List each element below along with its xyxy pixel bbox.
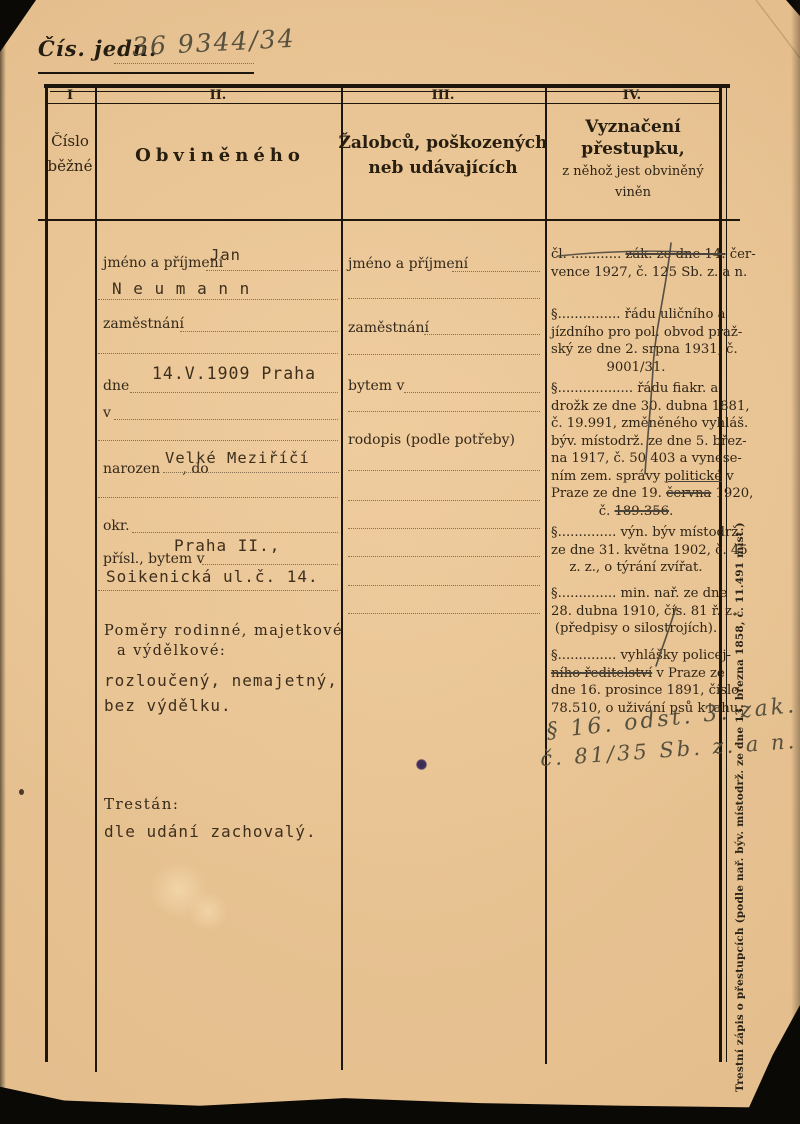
accused-last-name: N e u m a n n bbox=[112, 279, 250, 298]
dotted-line bbox=[98, 353, 338, 354]
offense-text-line: vence 1927, č. 125 Sb. z. a n. bbox=[551, 264, 721, 282]
numeral-row-line bbox=[45, 103, 722, 104]
dotted-line bbox=[98, 590, 338, 591]
offense-text-line: Praze ze dne 19. června 1920, bbox=[551, 485, 721, 503]
table-border-right-inner bbox=[726, 88, 727, 1062]
dotted-line bbox=[348, 613, 540, 614]
offense-entry-3: §.................. řádu fiakr. a drožk … bbox=[551, 380, 721, 520]
column3-numeral: III. bbox=[432, 88, 455, 103]
accused-family-label-line1: Poměry rodinné, majetkové bbox=[104, 623, 343, 639]
dotted-line bbox=[202, 564, 338, 565]
offense-entry-5: §.............. min. nař. ze dne 28. dub… bbox=[551, 585, 721, 638]
offense-text-line: 9001/31. bbox=[551, 359, 721, 377]
ink-dot bbox=[416, 759, 427, 770]
dotted-line bbox=[98, 497, 338, 498]
dotted-line bbox=[424, 334, 540, 335]
dotted-line bbox=[206, 270, 338, 271]
vertical-form-caption: Trestní zápis o přestupcích (podle nař. … bbox=[734, 522, 746, 1092]
dotted-line bbox=[132, 532, 338, 533]
column4-numeral: IV. bbox=[623, 88, 641, 103]
scan-edge-bottom bbox=[0, 1086, 800, 1124]
offense-text-line: dne 16. prosince 1891, číslo bbox=[551, 682, 721, 700]
accused-family-label-line2: a výdělkové: bbox=[117, 643, 226, 659]
plaintiff-occupation-label: zaměstnání bbox=[348, 320, 429, 336]
ink-speck bbox=[19, 789, 24, 795]
accused-in-label: v bbox=[103, 405, 111, 421]
scan-edge-right bbox=[791, 0, 800, 1124]
dotted-line bbox=[452, 271, 540, 272]
table-border-top-inner bbox=[50, 91, 722, 92]
file-number-handwritten: 36 9344/34 bbox=[131, 24, 296, 62]
column-divider-2 bbox=[341, 84, 343, 1070]
column4-header-line1: Vyznačení bbox=[585, 117, 680, 137]
offense-text-line: §.............. min. nař. ze dne bbox=[551, 585, 721, 603]
dotted-line bbox=[114, 419, 338, 420]
dotted-line bbox=[130, 392, 338, 393]
dotted-line bbox=[163, 472, 339, 473]
accused-residence-label: přísl., bytem v bbox=[103, 551, 205, 567]
dotted-line bbox=[98, 299, 338, 300]
dotted-line bbox=[348, 411, 540, 412]
offense-text-line: §............... řádu uličního a bbox=[551, 306, 721, 324]
offense-text-line: č. 189.356. bbox=[551, 503, 721, 521]
accused-district-label: okr. bbox=[103, 518, 130, 534]
offense-text-line: §.................. řádu fiakr. a bbox=[551, 380, 721, 398]
offense-text-line: býv. místodrž. ze dne 5. břez- bbox=[551, 433, 721, 451]
paper-stain bbox=[188, 892, 228, 930]
column1-header-line1: Číslo bbox=[51, 132, 89, 150]
column4-header-sub1: z něhož jest obviněný bbox=[562, 164, 703, 179]
dotted-line bbox=[348, 354, 540, 355]
accused-residence-street: Soikenická ul.č. 14. bbox=[106, 567, 319, 586]
accused-punished-label: Trestán: bbox=[104, 795, 179, 813]
column-divider-3 bbox=[545, 84, 547, 1064]
column2-numeral: II. bbox=[210, 88, 227, 103]
offense-text-line: §.............. vyhlášky policej- bbox=[551, 647, 721, 665]
file-number-underline bbox=[38, 72, 254, 74]
offense-text-line: drožk ze dne 30. dubna 1881, bbox=[551, 398, 721, 416]
column4-header-line2: přestupku, bbox=[581, 139, 684, 159]
offense-text-line: ze dne 31. května 1902, č. 45 bbox=[551, 542, 721, 560]
plaintiff-genealogy-label: rodopis (podle potřeby) bbox=[348, 432, 515, 448]
offense-text-line: §.............. výn. býv místodrž. bbox=[551, 524, 721, 542]
dotted-line bbox=[348, 528, 540, 529]
scanned-form-page: Čís. jedn. 36 9344/34 I II. III. IV. Čís… bbox=[0, 0, 800, 1124]
accused-birth-date: 14.V.1909 Praha bbox=[152, 364, 316, 383]
offense-text-line: (předpisy o silostrojích). bbox=[551, 620, 721, 638]
accused-date-label: dne bbox=[103, 378, 129, 394]
offense-text-line: č. 19.991, změněného vyhláš. bbox=[551, 415, 721, 433]
column2-header: Obviněného bbox=[135, 145, 305, 166]
offense-text-line: na 1917, č. 50 403 a vynese- bbox=[551, 450, 721, 468]
column3-header-line2: neb udávajících bbox=[368, 158, 517, 178]
offense-text-line: z. z., o týrání zvířat. bbox=[551, 559, 721, 577]
dotted-line bbox=[348, 500, 540, 501]
offense-entry-2: §............... řádu uličního a jízdníh… bbox=[551, 306, 721, 376]
dotted-line bbox=[348, 585, 540, 586]
dotted-line bbox=[348, 470, 540, 471]
dotted-line bbox=[114, 63, 254, 64]
offense-entry-1: čl. ............ zák. ze dne 14. čer- ve… bbox=[551, 246, 721, 281]
dotted-line bbox=[98, 440, 338, 441]
accused-family-value-line1: rozloučený, nemajetný, bbox=[104, 671, 338, 690]
column1-header-line2: běžné bbox=[48, 157, 93, 175]
header-separator-line bbox=[38, 219, 740, 221]
table-border-left bbox=[45, 84, 48, 1062]
dotted-line bbox=[180, 331, 338, 332]
accused-occupation-label: zaměstnání bbox=[103, 316, 184, 332]
column1-numeral: I bbox=[67, 88, 73, 103]
dotted-line bbox=[348, 298, 540, 299]
offense-text-line: ním zem. správy politické v bbox=[551, 468, 721, 486]
accused-family-value-line2: bez výdělku. bbox=[104, 696, 232, 715]
offense-entry-4: §.............. výn. býv místodrž. ze dn… bbox=[551, 524, 721, 577]
offense-text-line: ního ředitelství v Praze ze bbox=[551, 665, 721, 683]
dotted-line bbox=[348, 556, 540, 557]
paper-stain bbox=[150, 862, 208, 918]
column4-header-sub2: viněn bbox=[615, 185, 651, 200]
accused-name-label: jméno a příjmení bbox=[103, 255, 223, 271]
plaintiff-name-label: jméno a příjmení bbox=[348, 256, 468, 272]
offense-text-line: ský ze dne 2. srpna 1931, č. bbox=[551, 341, 721, 359]
accused-first-name: Jan bbox=[210, 246, 241, 264]
offense-text-line: 28. dubna 1910, čís. 81 ř. z. bbox=[551, 603, 721, 621]
dotted-line bbox=[404, 392, 540, 393]
plaintiff-residence-label: bytem v bbox=[348, 378, 404, 394]
accused-born-label: narozen , do bbox=[103, 461, 209, 477]
accused-punished-value: dle udání zachovalý. bbox=[104, 822, 317, 841]
offense-text-line: čl. ............ zák. ze dne 14. čer- bbox=[551, 246, 721, 264]
column3-header-line1: Žalobců, poškozených bbox=[339, 133, 548, 153]
offense-text-line: jízdního pro pol. obvod praž- bbox=[551, 324, 721, 342]
scan-edge-left bbox=[0, 0, 6, 1124]
column-divider-1 bbox=[95, 84, 97, 1072]
